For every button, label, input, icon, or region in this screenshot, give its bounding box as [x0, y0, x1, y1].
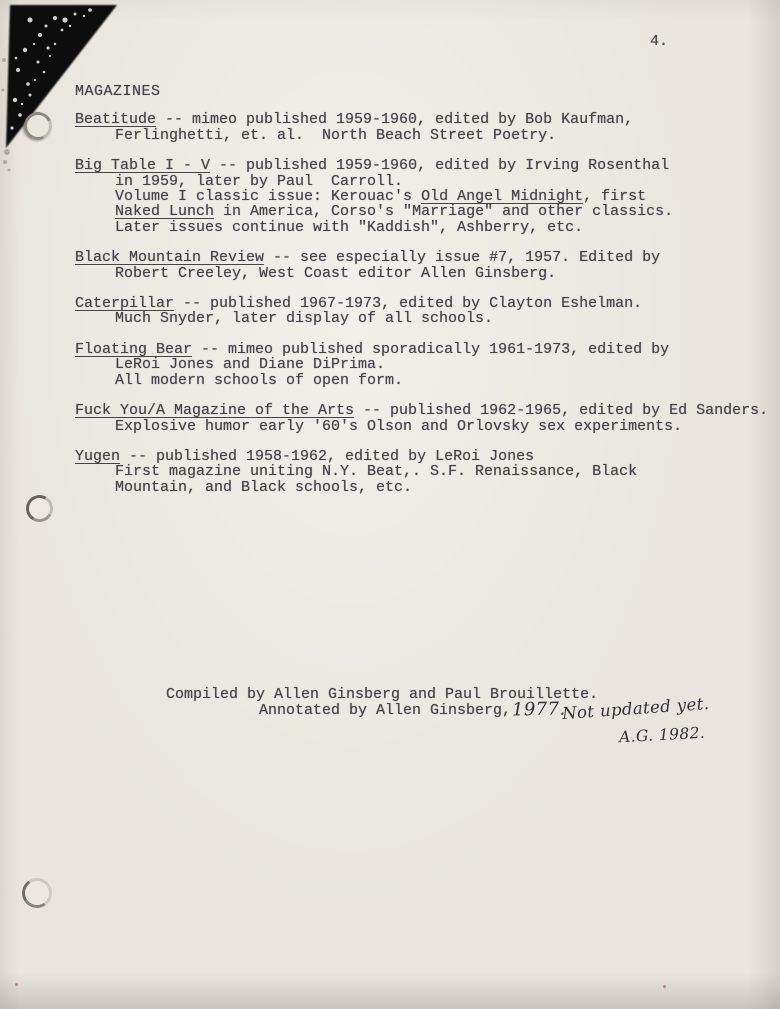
entry-text: Mountain, and Black schools, etc. [115, 479, 412, 496]
entry-line: Much Snyder, later display of all school… [75, 311, 768, 326]
entry-line: Beatitude -- mimeo published 1959-1960, … [75, 112, 768, 127]
handwritten-year: 1977. [512, 699, 566, 721]
entry-line: Fuck You/A Magazine of the Arts -- publi… [75, 403, 768, 418]
entry-line: Yugen -- published 1958-1962, edited by … [75, 449, 768, 464]
entry-line: Mountain, and Black schools, etc. [75, 480, 768, 495]
page-heading: MAGAZINES [75, 84, 768, 99]
magazine-entry: Black Mountain Review -- see especially … [75, 250, 768, 281]
entry-line: Explosive humor early '60's Olson and Or… [75, 419, 768, 434]
entry-line: Later issues continue with "Kaddish", As… [75, 220, 768, 235]
magazine-title: Yugen [75, 448, 120, 465]
entry-text: Much Snyder, later display of all school… [115, 310, 493, 327]
magazine-entry: Caterpillar -- published 1967-1973, edit… [75, 296, 768, 327]
magazine-entry: Yugen -- published 1958-1962, edited by … [75, 449, 768, 495]
paper-speck [15, 983, 18, 986]
entry-text: Explosive humor early '60's Olson and Or… [115, 418, 682, 435]
entry-text: Robert Creeley, West Coast editor Allen … [115, 265, 556, 282]
magazine-entry: Beatitude -- mimeo published 1959-1960, … [75, 112, 768, 143]
document-body: MAGAZINES Beatitude -- mimeo published 1… [75, 84, 768, 510]
entry-line: LeRoi Jones and Diane DiPrima. [75, 357, 768, 372]
magazine-entry: Big Table I - V -- published 1959-1960, … [75, 158, 768, 235]
magazine-entry: Fuck You/A Magazine of the Arts -- publi… [75, 403, 768, 434]
entry-line: Black Mountain Review -- see especially … [75, 250, 768, 265]
entry-line: in 1959, later by Paul Carroll. [75, 174, 768, 189]
paper-speck [663, 985, 666, 988]
entry-line: Robert Creeley, West Coast editor Allen … [75, 266, 768, 281]
entry-text: Ferlinghetti, et. al. North Beach Street… [115, 127, 556, 144]
entry-line: Big Table I - V -- published 1959-1960, … [75, 158, 768, 173]
scanned-document-page: { "document": { "page_number": "4.", "he… [0, 0, 780, 1009]
magazine-entry: Floating Bear -- mimeo published sporadi… [75, 342, 768, 388]
entry-text: Later issues continue with "Kaddish", As… [115, 219, 583, 236]
entry-line: Floating Bear -- mimeo published sporadi… [75, 342, 768, 357]
punch-hole-bottom [20, 876, 55, 911]
entry-line: First magazine uniting N.Y. Beat,. S.F. … [75, 464, 768, 479]
punch-hole-middle [23, 492, 56, 525]
entry-line: All modern schools of open form. [75, 373, 768, 388]
entry-line: Ferlinghetti, et. al. North Beach Street… [75, 128, 768, 143]
page-number: 4. [650, 34, 668, 49]
entries: Beatitude -- mimeo published 1959-1960, … [75, 112, 768, 495]
entry-line: Naked Lunch in America, Corso's "Marriag… [75, 204, 768, 219]
handwritten-signature: A.G. 1982. [619, 724, 706, 746]
entry-text: All modern schools of open form. [115, 372, 403, 389]
annotated-credit-line: Annotated by Allen Ginsberg, [259, 703, 511, 718]
